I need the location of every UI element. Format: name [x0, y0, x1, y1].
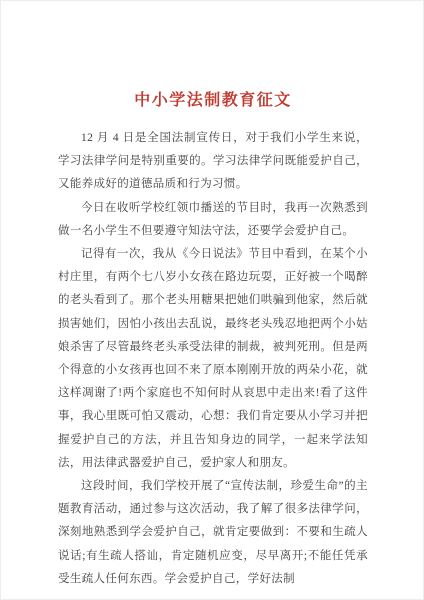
- document-title: 中小学法制教育征文: [58, 87, 368, 110]
- paragraph-broadcast: 今日在收听学校红领巾播送的节目时，我再一次熟悉到做一名小学生不但要遵守知法守法，…: [58, 197, 368, 243]
- document-body: 12 月 4 日是全国法制宣传日，对于我们小学生来说，学习法律学问是特别重要的。…: [58, 127, 368, 591]
- document-page: 中小学法制教育征文 12 月 4 日是全国法制宣传日，对于我们小学生来说，学习法…: [0, 0, 424, 600]
- paragraph-story: 记得有一次，我从《今日说法》节目中看到，在某个小村庄里，有两个七八岁小女孩在路边…: [58, 243, 368, 475]
- paragraph-school-activity: 这段时间，我们学校开展了“宣传法制，珍爱生命”的主题教育活动，通过参与这次活动，…: [58, 475, 368, 591]
- paragraph-intro: 12 月 4 日是全国法制宣传日，对于我们小学生来说，学习法律学问是特别重要的。…: [58, 127, 368, 197]
